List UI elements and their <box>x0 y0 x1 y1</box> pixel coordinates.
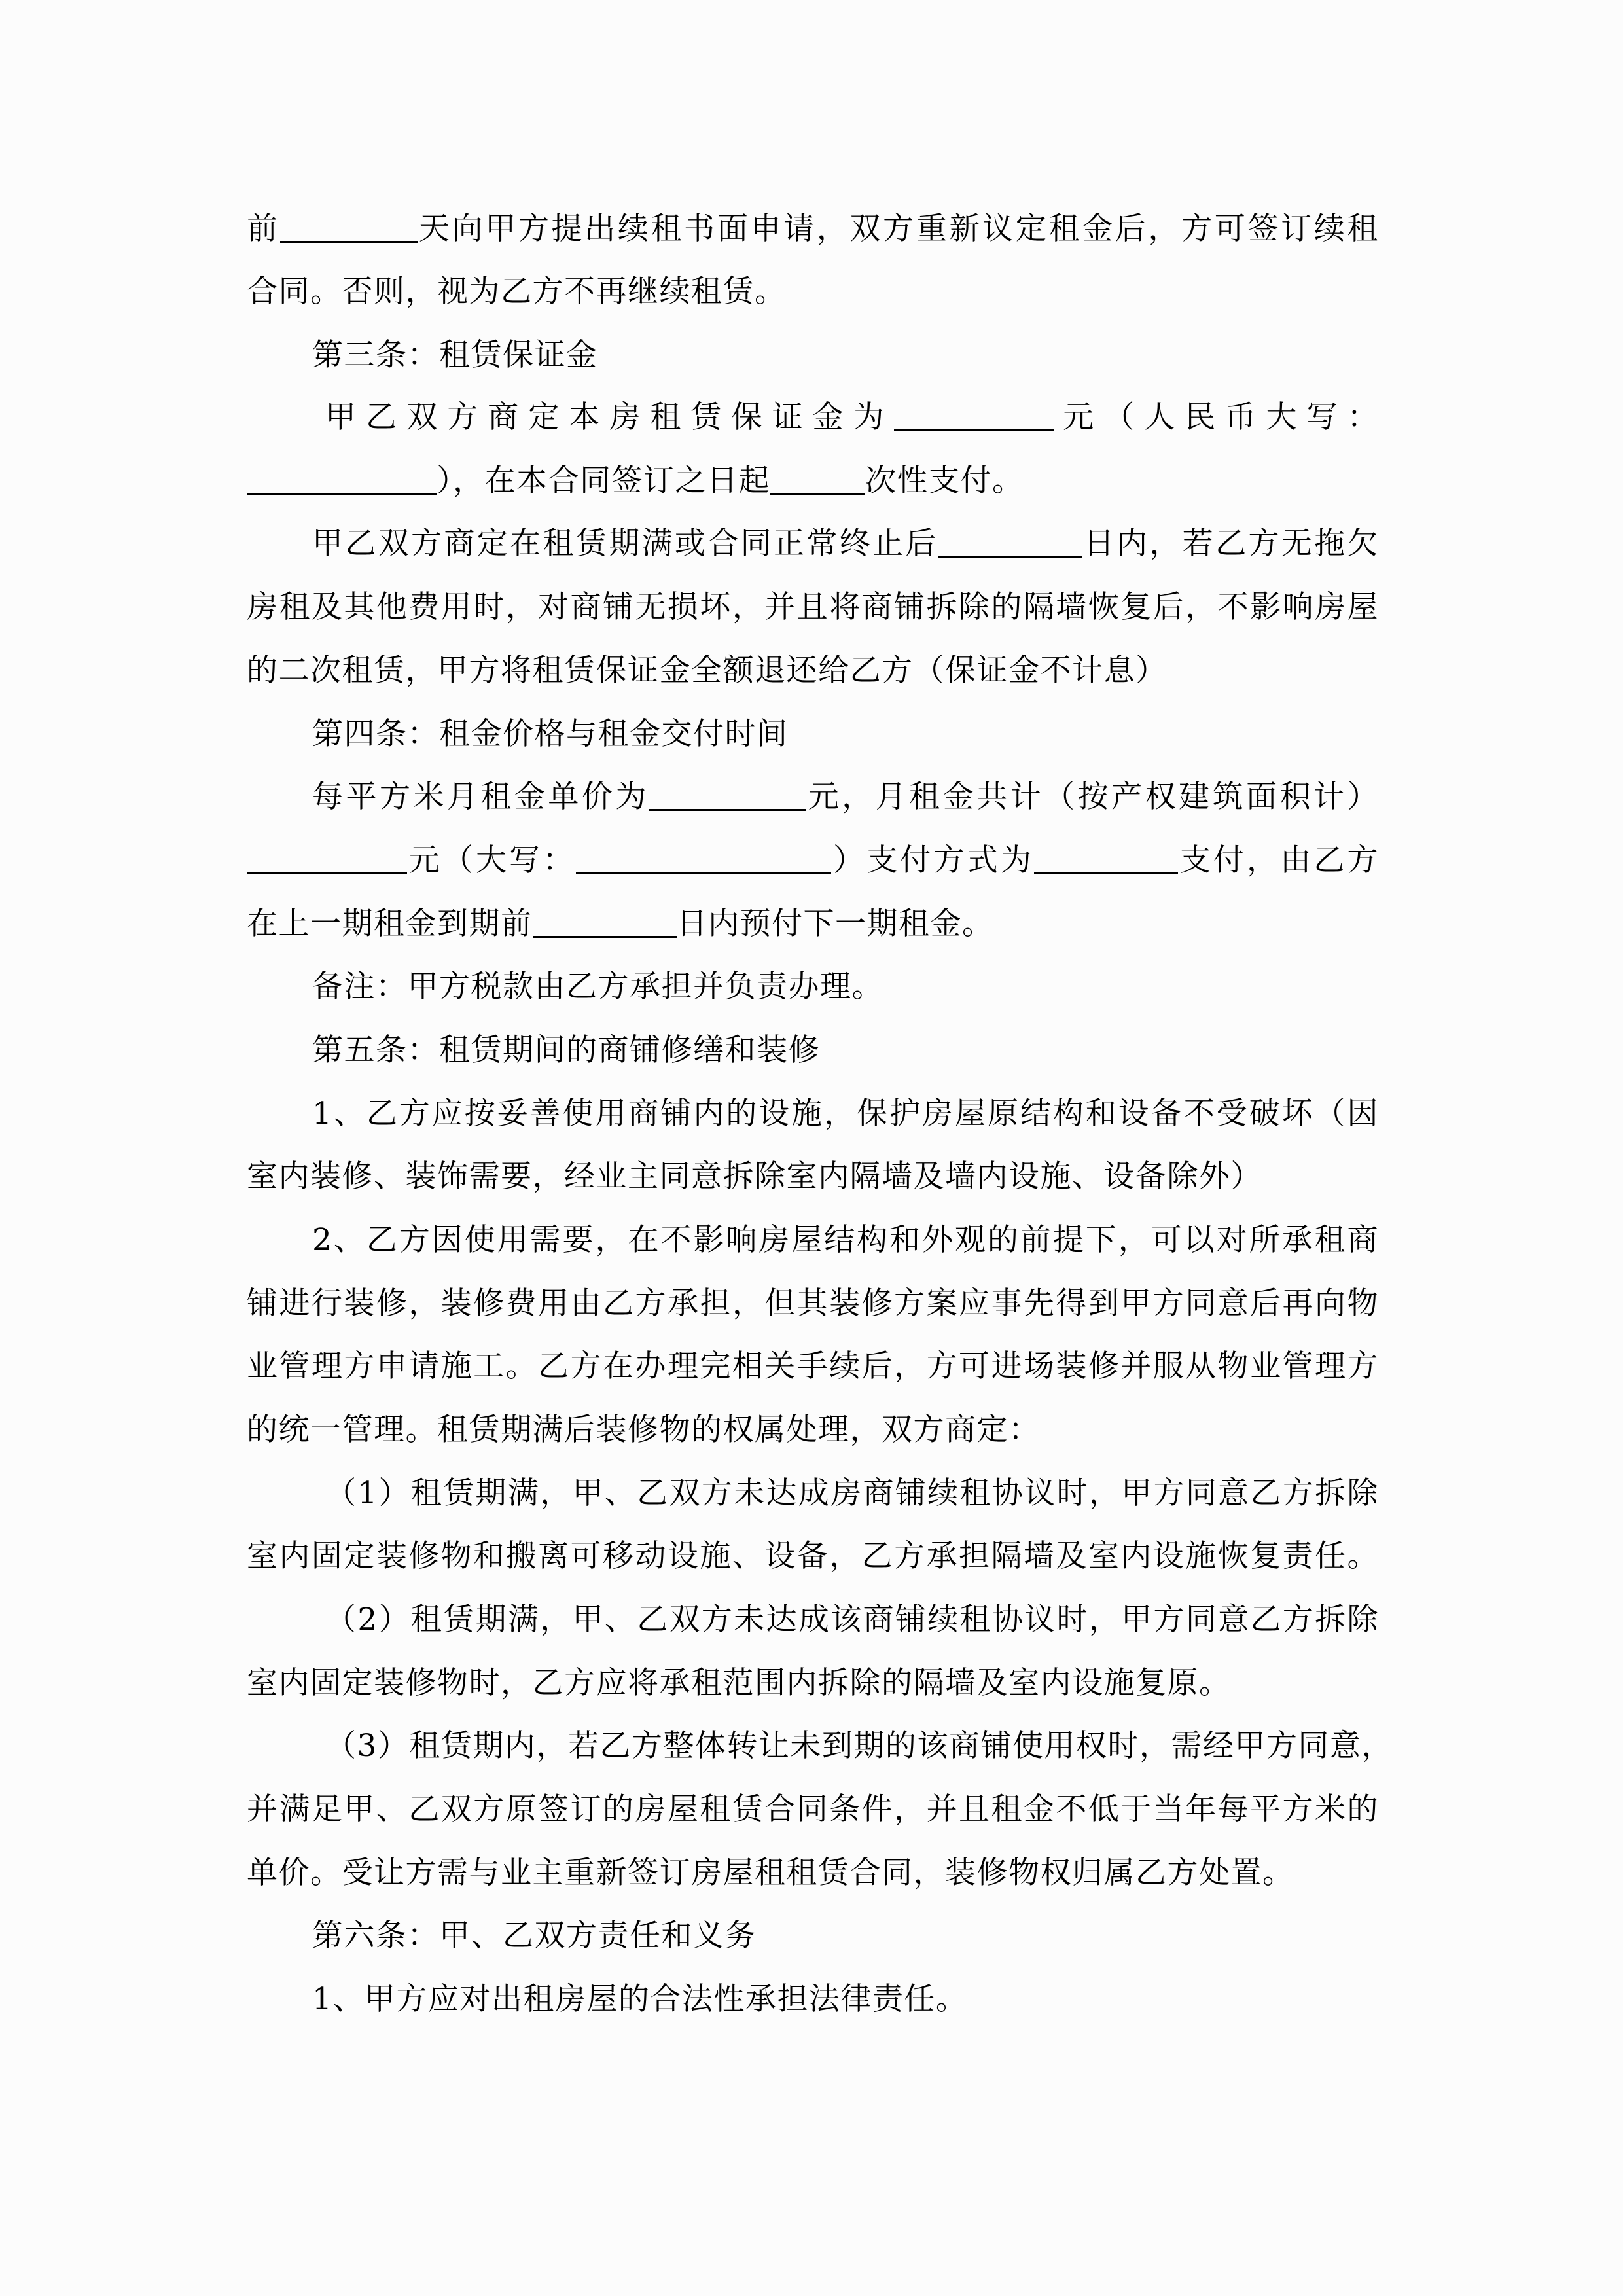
text-segment: 甲乙双方商定在租赁期满或合同正常终止后 <box>312 526 938 562</box>
fill-in-blank-payment-method[interactable] <box>1034 841 1178 874</box>
text-segment: 前 <box>247 211 280 247</box>
text-segment: 业管理方申请施工。乙方在办理完相关手续后，方可进场装修并服从物业管理方 <box>247 1348 1379 1384</box>
text-segment: 1、乙方应按妥善使用商铺内的设施，保护房屋原结构和设备不受破坏（因 <box>312 1096 1379 1132</box>
fill-in-blank-deposit-uppercase[interactable] <box>247 461 437 495</box>
paragraph-line: 2、乙方因使用需要，在不影响房屋结构和外观的前提下，可以对所承租商 <box>312 1221 1379 1260</box>
text-segment: 合同。否则，视为乙方不再继续租赁。 <box>247 274 787 310</box>
paragraph-line: 每平方米月租金单价为元，月租金共计（按产权建筑面积计） <box>312 778 1379 817</box>
paragraph-line: 室内固定装修物和搬离可移动设施、设备，乙方承担隔墙及室内设施恢复责任。 <box>247 1537 1379 1576</box>
text-segment: （2）租赁期满，甲、乙双方未达成该商铺续租协议时，甲方同意乙方拆除 <box>325 1602 1379 1638</box>
remark-line: 备注：甲方税款由乙方承担并负责办理。 <box>312 967 1379 1007</box>
article-3-heading: 第三条：租赁保证金 <box>312 336 1379 375</box>
text-segment: 日内预付下一期租金。 <box>677 906 994 942</box>
heading-text: 第四条：租金价格与租金交付时间 <box>312 716 789 752</box>
paragraph-line: （2）租赁期满，甲、乙双方未达成该商铺续租协议时，甲方同意乙方拆除 <box>325 1600 1379 1640</box>
text-segment: 2、乙方因使用需要，在不影响房屋结构和外观的前提下，可以对所承租商 <box>312 1222 1379 1258</box>
paragraph-line: 合同。否则，视为乙方不再继续租赁。 <box>247 272 1379 312</box>
article-5-heading: 第五条：租赁期间的商铺修缮和装修 <box>312 1031 1379 1070</box>
text-segment: 的统一管理。租赁期满后装修物的权属处理，双方商定： <box>247 1412 1041 1448</box>
text-segment: 室内固定装修物和搬离可移动设施、设备，乙方承担隔墙及室内设施恢复责任。 <box>247 1538 1379 1574</box>
text-segment: 铺进行装修，装修费用由乙方承担，但其装修方案应事先得到甲方同意后再向物 <box>247 1285 1379 1321</box>
text-segment: 1、甲方应对出租房屋的合法性承担法律责任。 <box>312 1981 967 2017</box>
text-segment: 元（大写： <box>407 842 576 878</box>
document-page: 前天向甲方提出续租书面申请，双方重新议定租金后，方可签订续租 合同。否则，视为乙… <box>0 0 1623 2296</box>
remark-text: 备注：甲方税款由乙方承担并负责办理。 <box>312 969 883 1005</box>
fill-in-blank-renewal-days[interactable] <box>280 209 418 243</box>
paragraph-line: 并满足甲、乙双方原签订的房屋租赁合同条件，并且租金不低于当年每平方米的 <box>247 1790 1379 1829</box>
text-segment: 并满足甲、乙双方原签订的房屋租赁合同条件，并且租金不低于当年每平方米的 <box>247 1791 1379 1827</box>
text-segment: 元，月租金共计（按产权建筑面积计） <box>806 779 1379 815</box>
fill-in-blank-prepay-days[interactable] <box>533 905 677 938</box>
text-segment: 元（人民币大写： <box>1054 399 1379 435</box>
paragraph-line: 1、甲方应对出租房屋的合法性承担法律责任。 <box>312 1980 1379 2019</box>
paragraph-line: （1）租赁期满，甲、乙双方未达成房商铺续租协议时，甲方同意乙方拆除 <box>325 1474 1379 1513</box>
paragraph-line: ），在本合同签订之日起次性支付。 <box>247 461 1379 501</box>
text-segment: ）支付方式为 <box>831 842 1034 878</box>
heading-text: 第六条：甲、乙双方责任和义务 <box>312 1918 757 1954</box>
paragraph-line: 元（大写：）支付方式为支付，由乙方 <box>247 841 1379 880</box>
text-segment: 房租及其他费用时，对商铺无损坏，并且将商铺拆除的隔墙恢复后，不影响房屋 <box>247 589 1379 625</box>
text-segment: 天向甲方提出续租书面申请，双方重新议定租金后，方可签订续租 <box>418 211 1379 247</box>
paragraph-line: 室内固定装修物时，乙方应将承租范围内拆除的隔墙及室内设施复原。 <box>247 1664 1379 1703</box>
heading-text: 第五条：租赁期间的商铺修缮和装修 <box>312 1032 820 1068</box>
paragraph-line: 业管理方申请施工。乙方在办理完相关手续后，方可进场装修并服从物业管理方 <box>247 1347 1379 1386</box>
text-segment: 甲乙双方商定本房租赁保证金为 <box>325 399 894 435</box>
fill-in-blank-monthly-rent[interactable] <box>247 841 407 874</box>
paragraph-line: 甲乙双方商定在租赁期满或合同正常终止后日内，若乙方无拖欠 <box>312 524 1379 564</box>
paragraph-line: 的统一管理。租赁期满后装修物的权属处理，双方商定： <box>247 1410 1379 1450</box>
text-segment: 的二次租赁，甲方将租赁保证金全额退还给乙方（保证金不计息） <box>247 653 1168 689</box>
article-4-heading: 第四条：租金价格与租金交付时间 <box>312 715 1379 754</box>
paragraph-line: 房租及其他费用时，对商铺无损坏，并且将商铺拆除的隔墙恢复后，不影响房屋 <box>247 588 1379 627</box>
fill-in-blank-payment-times[interactable] <box>770 461 865 495</box>
paragraph-line: 甲乙双方商定本房租赁保证金为元（人民币大写： <box>325 398 1379 437</box>
text-segment: 次性支付。 <box>865 463 1024 499</box>
fill-in-blank-deposit-amount[interactable] <box>894 398 1054 431</box>
text-segment: （1）租赁期满，甲、乙双方未达成房商铺续租协议时，甲方同意乙方拆除 <box>325 1475 1379 1511</box>
paragraph-line: 1、乙方应按妥善使用商铺内的设施，保护房屋原结构和设备不受破坏（因 <box>312 1094 1379 1134</box>
fill-in-blank-monthly-rent-uppercase[interactable] <box>576 841 831 874</box>
text-segment: 在上一期租金到期前 <box>247 906 533 942</box>
text-segment: ），在本合同签订之日起 <box>437 463 770 499</box>
article-6-heading: 第六条：甲、乙双方责任和义务 <box>312 1916 1379 1956</box>
text-segment: 室内固定装修物时，乙方应将承租范围内拆除的隔墙及室内设施复原。 <box>247 1665 1231 1701</box>
text-segment: 支付，由乙方 <box>1178 842 1379 878</box>
text-segment: 室内装修、装饰需要，经业主同意拆除室内隔墙及墙内设施、设备除外） <box>247 1158 1262 1194</box>
text-segment: 每平方米月租金单价为 <box>312 779 649 815</box>
paragraph-line: 室内装修、装饰需要，经业主同意拆除室内隔墙及墙内设施、设备除外） <box>247 1157 1379 1196</box>
fill-in-blank-refund-days[interactable] <box>938 524 1082 558</box>
paragraph-line: 铺进行装修，装修费用由乙方承担，但其装修方案应事先得到甲方同意后再向物 <box>247 1284 1379 1323</box>
paragraph-line: 的二次租赁，甲方将租赁保证金全额退还给乙方（保证金不计息） <box>247 651 1379 691</box>
paragraph-line: 前天向甲方提出续租书面申请，双方重新议定租金后，方可签订续租 <box>247 209 1379 249</box>
paragraph-line: （3）租赁期内，若乙方整体转让未到期的该商铺使用权时，需经甲方同意， <box>325 1727 1379 1766</box>
text-segment: （3）租赁期内，若乙方整体转让未到期的该商铺使用权时，需经甲方同意， <box>325 1728 1393 1764</box>
paragraph-line: 单价。受让方需与业主重新签订房屋租租赁合同，装修物权归属乙方处置。 <box>247 1854 1379 1893</box>
fill-in-blank-unit-price[interactable] <box>649 778 806 811</box>
heading-text: 第三条：租赁保证金 <box>312 337 598 373</box>
text-segment: 日内，若乙方无拖欠 <box>1082 526 1379 562</box>
text-segment: 单价。受让方需与业主重新签订房屋租租赁合同，装修物权归属乙方处置。 <box>247 1855 1294 1891</box>
paragraph-line: 在上一期租金到期前日内预付下一期租金。 <box>247 905 1379 944</box>
